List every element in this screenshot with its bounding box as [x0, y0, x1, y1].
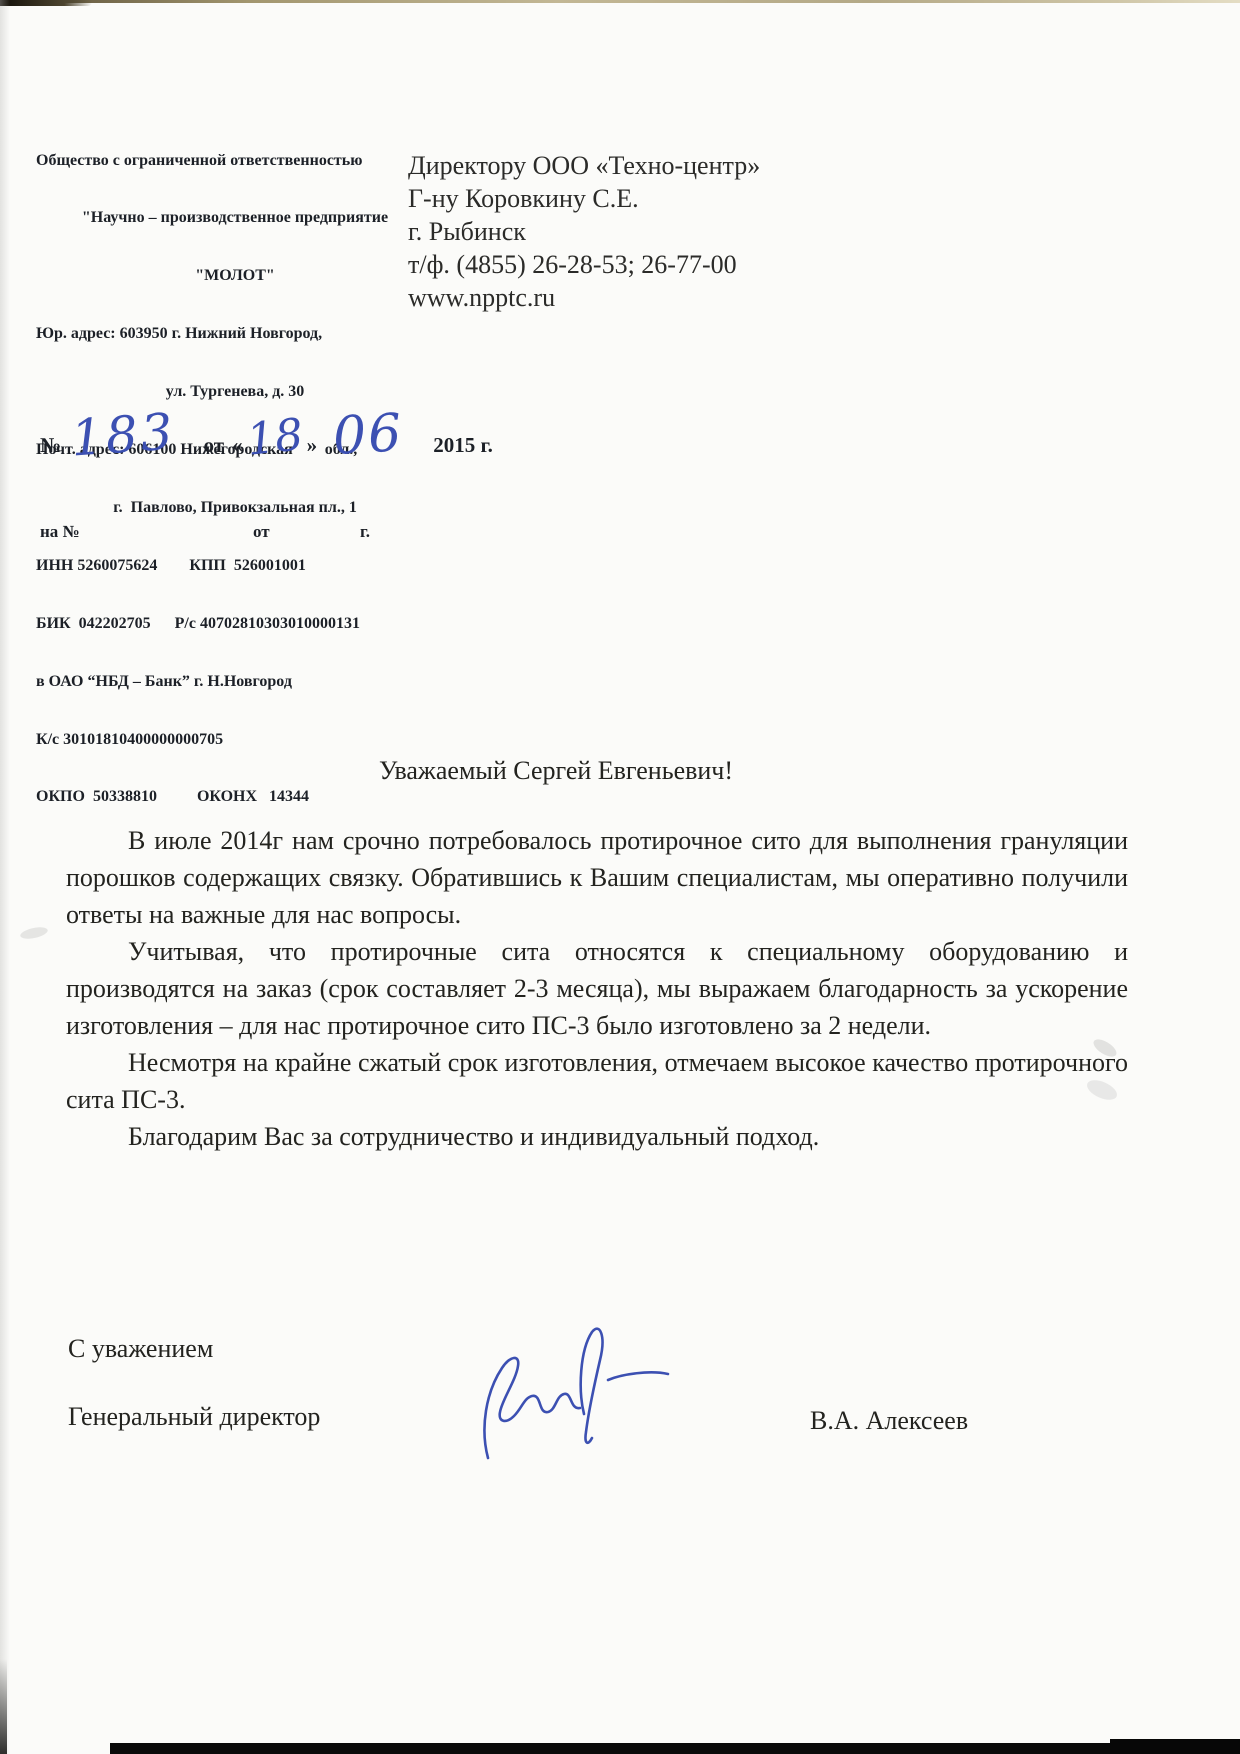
addressee-line-website: www.npptc.ru: [408, 281, 928, 314]
letterhead-line: Общество с ограниченной ответственностью: [36, 151, 434, 170]
letterhead-line: г. Павлово, Привокзальная пл., 1: [36, 498, 434, 517]
closing-regards: С уважением: [68, 1334, 213, 1364]
ref-open-quote: «: [232, 433, 243, 458]
ref-day-handwritten: 18: [244, 409, 305, 466]
body-paragraph: Учитывая, что протирочные сита относятся…: [66, 933, 1128, 1044]
addressee-line: Г-ну Коровкину С.Е.: [408, 182, 928, 215]
letterhead-line-ks: К/с 30101810400000000705: [36, 730, 434, 749]
letterhead-line-okpo: ОКПО 50338810 ОКОНХ 14344: [36, 787, 434, 806]
scan-left-edge-shading: [0, 0, 10, 1754]
body-paragraph: Несмотря на крайне сжатый срок изготовле…: [66, 1044, 1128, 1118]
scan-left-bottom-strip: [0, 1659, 7, 1754]
scan-bottom-bar-artifact: [110, 1743, 1240, 1754]
letter-page: Общество с ограниченной ответственностью…: [0, 0, 1240, 1754]
addressee-block: Директору ООО «Техно-центр» Г-ну Коровки…: [408, 149, 928, 314]
reply-ot-label: от: [253, 522, 270, 542]
addressee-line: Директору ООО «Техно-центр»: [408, 149, 928, 182]
signer-job-title: Генеральный директор: [68, 1402, 320, 1432]
ref-close-quote: »: [307, 433, 318, 458]
incoming-reference-line: на № от г.: [40, 522, 460, 546]
letterhead-line: "МОЛОТ": [36, 266, 434, 285]
letterhead-line-bank: в ОАО “НБД – Банк” г. Н.Новгород: [36, 672, 434, 691]
letter-body: В июле 2014г нам срочно потребовалось пр…: [66, 822, 1128, 1155]
body-paragraph: В июле 2014г нам срочно потребовалось пр…: [66, 822, 1128, 933]
reply-na-label: на №: [40, 522, 80, 542]
ref-month-handwritten: 06: [332, 403, 405, 467]
scan-smudge: [19, 925, 48, 941]
reply-g-label: г.: [360, 522, 370, 542]
ref-number-handwritten: 183: [69, 402, 177, 467]
scan-bottom-bar-right-artifact: [1110, 1739, 1240, 1754]
ref-no-label: №: [40, 433, 61, 458]
signer-name: В.А. Алексеев: [810, 1406, 968, 1436]
outgoing-reference-line: № 183 от « 18 » 06 2015 г.: [40, 405, 493, 465]
letterhead-line: ул. Тургенева, д. 30: [36, 382, 434, 401]
letterhead-line: "Научно – производственное предприятие: [36, 208, 434, 227]
letterhead-line-inn-kpp: ИНН 5260075624 КПП 526001001: [36, 556, 434, 575]
letterhead-line: Юр. адрес: 603950 г. Нижний Новгород,: [36, 324, 434, 343]
addressee-line-phone: т/ф. (4855) 26-28-53; 26-77-00: [408, 248, 928, 281]
salutation: Уважаемый Сергей Евгеньевич!: [66, 756, 1046, 786]
signature-scribble: [450, 1316, 680, 1466]
addressee-line: г. Рыбинск: [408, 215, 928, 248]
scan-top-edge-artifact: [0, 0, 1240, 3]
letterhead-line-bik-rs: БИК 042202705 Р/с 40702810303010000131: [36, 614, 434, 633]
ref-year-label: 2015 г.: [433, 433, 493, 458]
letterhead-block: Общество с ограниченной ответственностью…: [36, 112, 434, 845]
scan-top-left-corner-artifact: [0, 0, 92, 6]
body-paragraph: Благодарим Вас за сотрудничество и индив…: [66, 1118, 1128, 1155]
ref-from-label: от: [204, 433, 225, 458]
